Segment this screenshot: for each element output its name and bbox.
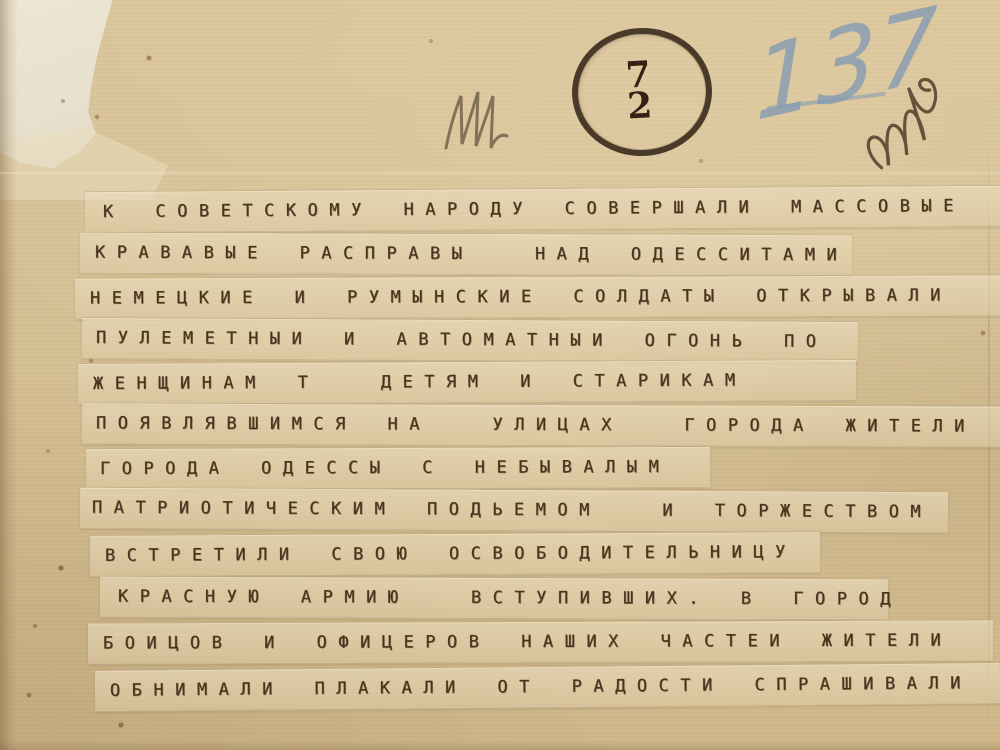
circular-fraction-stamp: 7 2 xyxy=(569,24,716,159)
paper-crease xyxy=(0,172,1000,174)
pencil-scribble-mark xyxy=(438,82,534,168)
telegraph-line-text: ПОЯВЛЯВШИМСЯ НА УЛИЦАХ ГОРОДА ЖИТЕЛИ xyxy=(82,403,1000,446)
telegraph-line-text: ЖЕНЩИНАМ Т ДЕТЯМ И СТАРИКАМ xyxy=(78,360,856,404)
telegraph-tape-strip: КРАВАВЫЕ РАСПРАВЫ НАД ОДЕССИТАМИ xyxy=(80,232,852,277)
telegraph-line-text: ГОРОДА ОДЕССЫ С НЕБЫВАЛЫМ xyxy=(86,447,710,489)
telegraph-tape-strip: ПОЯВЛЯВШИМСЯ НА УЛИЦАХ ГОРОДА ЖИТЕЛИ xyxy=(82,402,1000,447)
telegraph-tape-strip: ВСТРЕТИЛИ СВОЮ ОСВОБОДИТЕЛЬНИЦУ xyxy=(90,531,820,577)
telegraph-tape-strip: КРАСНУЮ АРМИЮ ВСТУПИВШИХ. В ГОРОД xyxy=(100,576,888,621)
telegram-scan-page: 7 2 137 К СОВЕТСКОМУ НАРОДУ СОВЕРШАЛИ МА… xyxy=(0,0,1000,750)
telegraph-tape-strip: ГОРОДА ОДЕССЫ С НЕБЫВАЛЫМ xyxy=(86,446,710,490)
telegraph-tape-strip: БОИЦОВ И ОФИЦЕРОВ НАШИХ ЧАСТЕИ ЖИТЕЛИ xyxy=(88,619,993,664)
stamp-denominator: 2 xyxy=(626,90,653,122)
telegraph-line-text: КРАВАВЫЕ РАСПРАВЫ НАД ОДЕССИТАМИ xyxy=(80,233,852,276)
left-edge-wear xyxy=(0,0,18,750)
paper-specks xyxy=(0,0,2,2)
torn-paper-residue xyxy=(0,128,168,200)
telegraph-line-text: ВСТРЕТИЛИ СВОЮ ОСВОБОДИТЕЛЬНИЦУ xyxy=(90,532,820,576)
telegraph-line-text: К СОВЕТСКОМУ НАРОДУ СОВЕРШАЛИ МАССОВЫЕ xyxy=(85,186,1000,232)
stamp-fraction: 7 2 xyxy=(625,59,653,122)
telegraph-tape-strip: НЕМЕЦКИЕ И РУМЫНСКИЕ СОЛДАТЫ ОТКРЫВАЛИ xyxy=(75,274,1000,319)
telegraph-line-text: ПУЛЕМЕТНЫИ И АВТОМАТНЫИ ОГОНЬ ПО xyxy=(82,318,858,362)
telegraph-tape-strip: ПАТРИОТИЧЕСКИМ ПОДЬЕМОМ И ТОРЖЕСТВОМ xyxy=(80,487,948,534)
telegraph-tape-strip: ЖЕНЩИНАМ Т ДЕТЯМ И СТАРИКАМ xyxy=(78,359,856,405)
telegraph-line-text: НЕМЕЦКИЕ И РУМЫНСКИЕ СОЛДАТЫ ОТКРЫВАЛИ xyxy=(75,275,1000,318)
telegraph-line-text: КРАСНУЮ АРМИЮ ВСТУПИВШИХ. В ГОРОД xyxy=(100,577,888,620)
telegraph-line-text: ОБНИМАЛИ ПЛАКАЛИ ОТ РАДОСТИ СПРАШИВАЛИ xyxy=(95,663,1000,711)
telegraph-tape-strip: ОБНИМАЛИ ПЛАКАЛИ ОТ РАДОСТИ СПРАШИВАЛИ xyxy=(95,662,1000,712)
telegraph-tape-strip: ПУЛЕМЕТНЫИ И АВТОМАТНЫИ ОГОНЬ ПО xyxy=(82,317,858,363)
telegraph-tape-strip: К СОВЕТСКОМУ НАРОДУ СОВЕРШАЛИ МАССОВЫЕ xyxy=(85,185,1000,233)
bottom-edge-wear xyxy=(0,740,1000,750)
telegraph-line-text: ПАТРИОТИЧЕСКИМ ПОДЬЕМОМ И ТОРЖЕСТВОМ xyxy=(80,488,948,533)
telegraph-line-text: БОИЦОВ И ОФИЦЕРОВ НАШИХ ЧАСТЕИ ЖИТЕЛИ xyxy=(88,620,993,663)
